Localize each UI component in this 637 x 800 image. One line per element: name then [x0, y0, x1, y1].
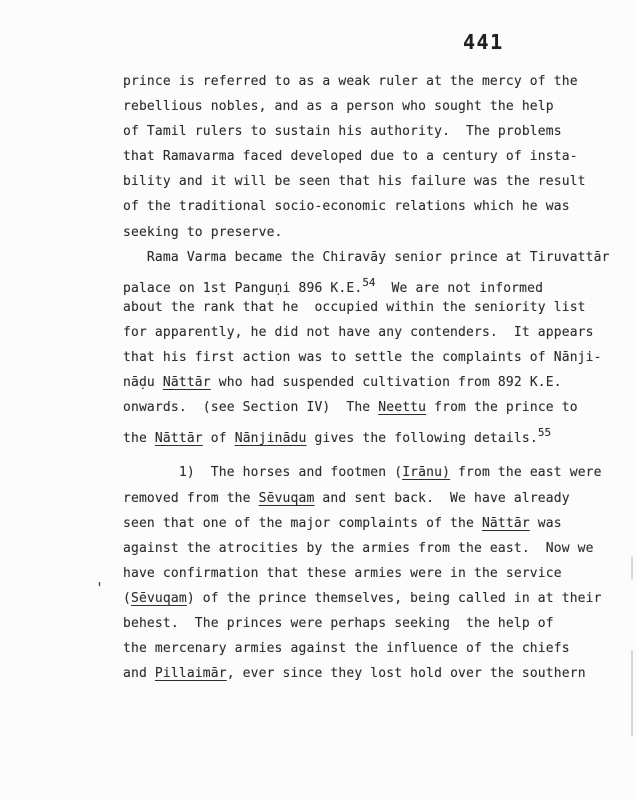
text-line: that his first action was to settle the … [123, 345, 623, 370]
text-line: about the rank that he occupied within t… [123, 295, 623, 320]
text-segment: ( [123, 591, 131, 606]
text-line: against the atrocities by the armies fro… [123, 536, 623, 561]
underlined-term: Nānjinādu [235, 431, 307, 446]
footnote-reference: 54 [362, 276, 375, 289]
text-line: removed from the Sēvuqam and sent back. … [123, 486, 623, 511]
text-segment: have confirmation that these armies were… [123, 566, 562, 581]
text-segment: nāḍu [123, 375, 163, 390]
text-segment: from the prince to [426, 400, 578, 415]
text-line: palace on 1st Panguṇi 896 K.E.54 We are … [123, 270, 623, 295]
text-segment: the [123, 431, 155, 446]
scan-edge-artifact [631, 650, 633, 736]
page-number: 441 [463, 30, 504, 54]
text-segment: against the atrocities by the armies fro… [123, 541, 594, 556]
text-segment: seen that one of the major complaints of… [123, 516, 482, 531]
text-segment: that his first action was to settle the … [123, 350, 602, 365]
text-segment: ) of the prince themselves, being called… [187, 591, 602, 606]
text-segment: that Ramavarma faced developed due to a … [123, 149, 578, 164]
text-segment: removed from the [123, 491, 259, 506]
page-text: prince is referred to as a weak ruler at… [123, 69, 623, 686]
text-segment: and sent back. We have already [314, 491, 569, 506]
text-segment: of [203, 431, 235, 446]
text-segment: gives the following details. [307, 431, 538, 446]
text-segment: rebellious nobles, and as a person who s… [123, 99, 554, 114]
text-line: nāḍu Nāttār who had suspended cultivatio… [123, 370, 623, 395]
text-line: of Tamil rulers to sustain his authority… [123, 119, 623, 144]
text-line: seeking to preserve. [123, 220, 623, 245]
paragraph-spacer [123, 445, 623, 460]
text-segment: who had suspended cultivation from 892 K… [211, 375, 562, 390]
text-line: (Sēvuqam) of the prince themselves, bein… [123, 586, 623, 611]
text-segment: Rama Varma became the Chiravāy senior pr… [123, 250, 610, 265]
text-line: for apparently, he did not have any cont… [123, 320, 623, 345]
text-line: Rama Varma became the Chiravāy senior pr… [123, 245, 623, 270]
underlined-term: Pillaimār [155, 666, 227, 681]
text-segment: , ever since they lost hold over the sou… [227, 666, 586, 681]
document-page: 441 prince is referred to as a weak rule… [0, 0, 637, 800]
text-segment: behest. The princes were perhaps seeking… [123, 616, 554, 631]
text-segment: bility and it will be seen that his fail… [123, 174, 586, 189]
text-line: that Ramavarma faced developed due to a … [123, 144, 623, 169]
text-line: prince is referred to as a weak ruler at… [123, 69, 623, 94]
text-line: have confirmation that these armies were… [123, 561, 623, 586]
text-line: onwards. (see Section IV) The Neettu fro… [123, 395, 623, 420]
text-line: 1) The horses and footmen (Irānu) from t… [123, 460, 623, 485]
text-segment: of the traditional socio-economic relati… [123, 199, 570, 214]
text-segment: prince is referred to as a weak ruler at… [123, 74, 578, 89]
text-line: bility and it will be seen that his fail… [123, 169, 623, 194]
text-line: behest. The princes were perhaps seeking… [123, 611, 623, 636]
text-segment: of Tamil rulers to sustain his authority… [123, 124, 562, 139]
underlined-term: Irānu) [402, 465, 450, 480]
text-segment: seeking to preserve. [123, 225, 283, 240]
underlined-term: Sēvuqam [131, 591, 187, 606]
text-line: the mercenary armies against the influen… [123, 636, 623, 661]
text-segment: 1) The horses and footmen ( [123, 465, 402, 480]
scan-edge-artifact [631, 556, 633, 580]
text-line: and Pillaimār, ever since they lost hold… [123, 661, 623, 686]
text-segment: was [530, 516, 562, 531]
text-segment: from the east were [450, 465, 602, 480]
text-segment: about the rank that he occupied within t… [123, 300, 586, 315]
text-segment: the mercenary armies against the influen… [123, 641, 570, 656]
underlined-term: Nāttār [163, 375, 211, 390]
underlined-term: Neettu [378, 400, 426, 415]
text-segment: palace on 1st Panguṇi 896 K.E. [123, 281, 362, 296]
margin-stray-mark: ' [95, 579, 104, 597]
text-line: of the traditional socio-economic relati… [123, 194, 623, 219]
text-line: the Nāttār of Nānjinādu gives the follow… [123, 420, 623, 445]
text-line: rebellious nobles, and as a person who s… [123, 94, 623, 119]
text-segment: and [123, 666, 155, 681]
text-segment: onwards. (see Section IV) The [123, 400, 378, 415]
footnote-reference: 55 [538, 426, 551, 439]
text-line: seen that one of the major complaints of… [123, 511, 623, 536]
underlined-term: Sēvuqam [259, 491, 315, 506]
text-segment: We are not informed [376, 281, 544, 296]
underlined-term: Nāttār [155, 431, 203, 446]
underlined-term: Nāttār [482, 516, 530, 531]
text-segment: for apparently, he did not have any cont… [123, 325, 594, 340]
